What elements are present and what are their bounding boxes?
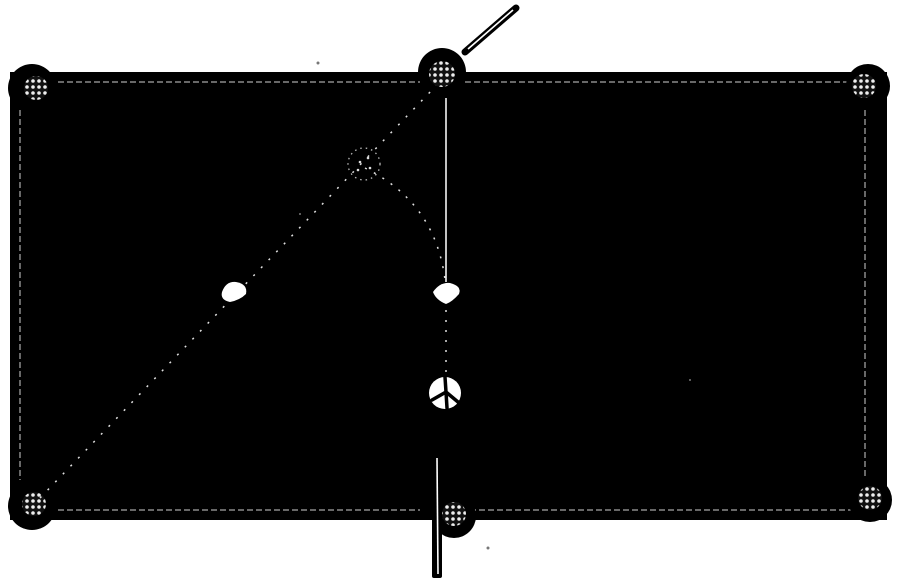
cue-stick-top bbox=[465, 8, 516, 52]
pocket-bottom-right bbox=[848, 478, 892, 522]
cue-stick-bottom bbox=[432, 456, 442, 578]
pocket-top-middle bbox=[418, 48, 466, 96]
billiard-diagram bbox=[0, 0, 900, 588]
pocket-top-left bbox=[8, 64, 56, 112]
pocket-top-right bbox=[846, 64, 890, 108]
cue-ball bbox=[429, 377, 461, 409]
